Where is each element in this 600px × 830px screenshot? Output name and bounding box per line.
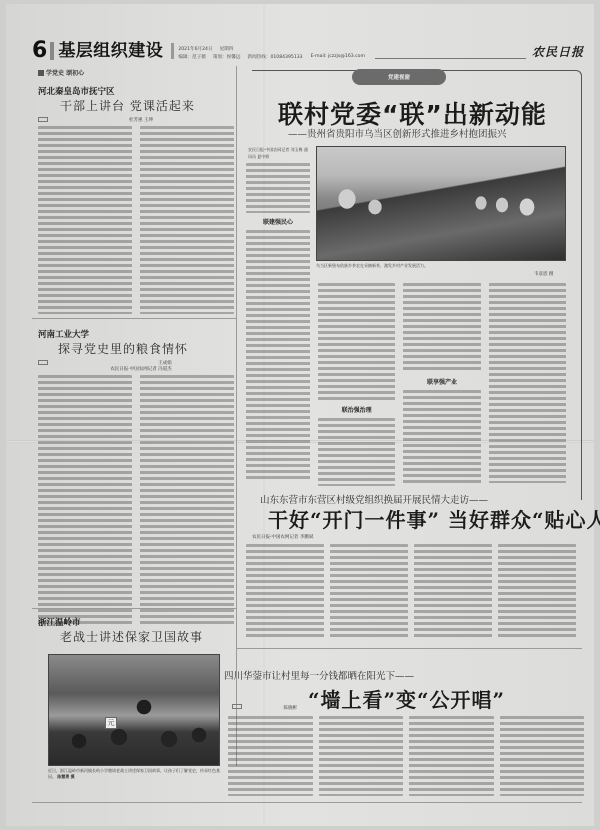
text-column: [246, 163, 310, 213]
story-byline: 王成娟 农民日报·中国农网记者 冯道杰: [38, 360, 234, 372]
photo-sign: 元: [105, 717, 117, 729]
story-divider: [32, 318, 236, 319]
text-column: [498, 544, 576, 640]
text-column: [409, 716, 494, 796]
column-divider: [236, 66, 237, 766]
page-number: 6: [32, 40, 47, 62]
left-story-3: 浙江温岭市 老战士讲述保家卫国故事: [38, 616, 234, 645]
feature-subheadline: ——贵州省贵阳市乌当区创新形式推进乡村抱团振兴: [288, 126, 507, 140]
story-title: 干部上讲台 党课活起来: [38, 97, 234, 114]
text-column: [319, 716, 404, 796]
left-column: 学党史 颂初心 河北秦皇岛市抚宁区 干部上讲台 党课活起来 杜芳惠 王坤: [38, 68, 234, 314]
news-photo-tea-pickers: [316, 146, 566, 261]
feature-subhead: 联治强治理: [318, 401, 395, 418]
newspaper-page: 6 基层组织建设 2021年6月24日 星期四 编辑：范子薇 策划：侯馨远 新闻…: [6, 4, 594, 826]
story-title: 探寻党史里的粮食情怀: [38, 340, 234, 357]
story-byline: 杜芳惠 王坤: [38, 117, 234, 123]
byline-text: 陈晓彬: [283, 706, 297, 711]
feature-box: 党建视窗 联村党委“联”出新动能 ——贵州省贵阳市乌当区创新形式推进乡村抱团振兴…: [252, 70, 582, 500]
issue-date: 2021年6月24日: [178, 46, 212, 54]
text-column: [140, 375, 234, 625]
meta-bar: [171, 43, 174, 59]
story3-kicker: 四川华蓥市让村里每一分钱都晒在阳光下——: [224, 668, 414, 682]
photo-credit: 韦彦恩 摄: [534, 271, 553, 277]
text-lines: [318, 418, 395, 486]
story3-byline: 陈晓彬: [232, 704, 297, 711]
text-column: 联治强治理: [318, 283, 395, 486]
feature-left-text: 联建强民心: [246, 163, 310, 483]
feature-subhead: 联享强产业: [403, 373, 480, 390]
story3-headline: “墙上看”变“公开唱”: [308, 684, 505, 713]
text-column: [140, 126, 234, 314]
text-column: [330, 544, 408, 640]
news-photo-veterans: 元: [48, 654, 220, 766]
feature-byline: 农民日报·中国农网记者 刘玉梅 通讯员 夏中娇: [248, 146, 308, 160]
feature-tag: 党建视窗: [352, 69, 446, 85]
story-divider: [236, 648, 582, 649]
story-title: 老战士讲述保家卫国故事: [38, 628, 234, 645]
photo-caption: 乌当区新堡布依族乡茶农在采摘新茶，激发乡村产业发展活力。: [316, 263, 566, 269]
text-column: [414, 544, 492, 640]
left-story-2: 河南工业大学 探寻党史里的粮食情怀 王成娟 农民日报·中国农网记者 冯道杰: [38, 328, 234, 625]
story2-headline: 干好“开门一件事” 当好群众“贴心人”: [268, 504, 600, 533]
text-lines: [403, 283, 480, 373]
text-column: 联享强产业: [403, 283, 480, 486]
story-kicker: 河北秦皇岛市抚宁区: [38, 85, 234, 97]
byline-box-icon: [38, 360, 48, 365]
masthead: 6 基层组织建设 2021年6月24日 星期四 编辑：范子薇 策划：侯馨远 新闻…: [32, 38, 584, 62]
feature-subhead: 联建强民心: [246, 213, 310, 230]
text-column: [500, 716, 585, 796]
page-bottom-rule: [32, 802, 582, 803]
text-lines: [318, 283, 395, 401]
story-header: 河北秦皇岛市抚宁区 干部上讲台 党课活起来: [38, 85, 234, 114]
text-column: [38, 375, 132, 625]
byline-box-icon: [232, 704, 242, 709]
text-column: [228, 716, 313, 796]
byline-text: 杜芳惠 王坤: [129, 117, 153, 123]
editor: 编辑：范子薇: [178, 54, 206, 62]
story-body: [38, 126, 234, 314]
paper-logo: 农民日报: [532, 43, 584, 60]
byline-box-icon: [38, 117, 48, 122]
story2-body: [246, 544, 576, 640]
story-body: [38, 375, 234, 625]
issue-weekday: 星期四: [220, 46, 234, 54]
masthead-rule: [375, 58, 526, 59]
feature-body: 联治强治理 联享强产业: [318, 283, 566, 486]
proofreader: 策划：侯馨远: [213, 54, 241, 62]
byline-text: 农民日报·中国农网记者 冯道杰: [110, 367, 171, 372]
page-number-bar: [50, 42, 54, 60]
photo-caption: 近日，浙江温岭市新河镇长屿小学邀请老战士讲述保家卫国故事，让孩子们了解党史，传承…: [48, 768, 220, 780]
story-kicker: 河南工业大学: [38, 328, 234, 340]
column-tag-label: 学党史 颂初心: [46, 68, 84, 77]
byline-text: 王成娟: [158, 361, 172, 366]
story3-body: [228, 716, 584, 796]
news-hotline: 新闻热线：01084395133: [247, 54, 302, 62]
masthead-meta: 2021年6月24日 星期四 编辑：范子薇 策划：侯馨远 新闻热线：010843…: [178, 46, 302, 62]
column-tag: 学党史 颂初心: [38, 68, 234, 77]
email: E-mail: jczzjs@163.com: [311, 54, 365, 59]
story-kicker: 浙江温岭市: [38, 616, 234, 628]
text-column: [246, 544, 324, 640]
text-lines: [403, 390, 480, 486]
text-column: [246, 230, 310, 480]
section-title: 基层组织建设: [58, 40, 163, 62]
tag-square-icon: [38, 70, 44, 76]
story2-byline: 农民日报·中国农网记者 李鹏斌: [252, 534, 313, 540]
text-column: [38, 126, 132, 314]
text-column: [489, 283, 566, 486]
text-lines: [489, 283, 566, 483]
photo-credit: 陈慧勇 摄: [57, 774, 74, 779]
